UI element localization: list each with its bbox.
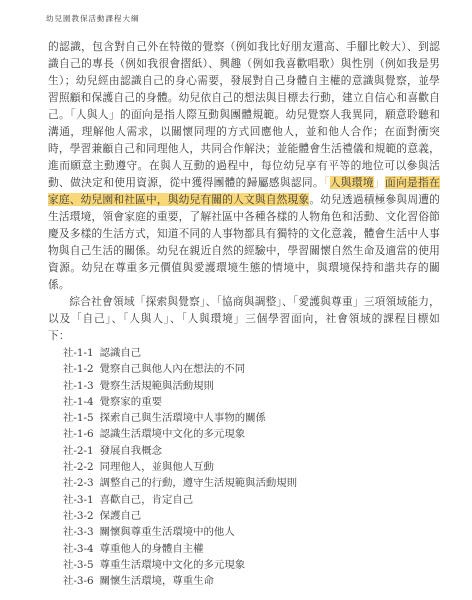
curriculum-goal-list: 社-1-1認識自己 社-1-2覺察自己與他人內在想法的不同 社-1-3覺察生活規… — [48, 345, 440, 589]
goal-text: 關懷生活環境，尊重生命 — [100, 575, 214, 587]
goal-code: 社-2-3 — [63, 477, 94, 489]
body-paragraph-1: 的認識，包含對自己外在特徵的覺察（例如我比好朋友還高、手腳比較大）、到認識自己的… — [48, 38, 440, 293]
goal-text: 同理他人，並與他人互動 — [100, 461, 214, 473]
goal-text: 尊重生活環境中文化的多元現象 — [100, 559, 245, 571]
goal-code: 社-1-5 — [63, 412, 94, 424]
list-item: 社-2-1發展自我概念 — [63, 443, 440, 459]
goal-text: 覺察家的重要 — [100, 396, 162, 408]
goal-code: 社-3-6 — [63, 575, 94, 587]
goal-code: 社-1-2 — [63, 363, 94, 375]
quote-bracket-open: 「 — [324, 176, 330, 189]
goal-text: 關懷與尊重生活環境中的他人 — [100, 526, 235, 538]
list-item: 社-1-5探索自己與生活環境中人事物的關係 — [63, 410, 440, 426]
list-item: 社-1-2覺察自己與他人內在想法的不同 — [63, 361, 440, 377]
list-item: 社-3-1喜歡自己，肯定自己 — [63, 492, 440, 508]
goal-code: 社-3-1 — [63, 494, 94, 506]
goal-text: 尊重他人的身體自主權 — [100, 543, 204, 555]
document-page: 幼兒園教保活動課程大綱 的認識，包含對自己外在特徵的覺察（例如我比好朋友還高、手… — [0, 0, 472, 600]
goal-text: 覺察自己與他人內在想法的不同 — [100, 363, 245, 375]
list-item: 社-1-6認識生活環境中文化的多元現象 — [63, 426, 440, 442]
list-item: 社-2-3調整自己的行動，遵守生活規範與活動規則 — [63, 475, 440, 491]
quote-bracket-close: 」 — [374, 176, 385, 189]
goal-text: 探索自己與生活環境中人事物的關係 — [100, 412, 266, 424]
goal-text: 發展自我概念 — [100, 445, 162, 457]
goal-code: 社-1-4 — [63, 396, 94, 408]
list-item: 社-3-5尊重生活環境中文化的多元現象 — [63, 557, 440, 573]
list-item: 社-3-6關懷生活環境，尊重生命 — [63, 573, 440, 589]
goal-text: 調整自己的行動，遵守生活規範與活動規則 — [100, 477, 297, 489]
goal-text: 覺察生活規範與活動規則 — [100, 380, 214, 392]
goal-code: 社-1-1 — [63, 347, 94, 359]
list-item: 社-1-1認識自己 — [63, 345, 440, 361]
goal-code: 社-1-6 — [63, 428, 94, 440]
goal-code: 社-2-2 — [63, 461, 94, 473]
goal-code: 社-3-3 — [63, 526, 94, 538]
body-paragraph-2: 綜合社會領域「探索與覺察」、「協商與調整」、「愛護與尊重」三項領域能力，以及「自… — [48, 293, 440, 344]
list-item: 社-3-2保護自己 — [63, 508, 440, 524]
highlighted-term: 人與環境 — [330, 176, 374, 189]
running-header: 幼兒園教保活動課程大綱 — [46, 13, 140, 24]
paragraph-text: 的認識，包含對自己外在特徵的覺察（例如我比好朋友還高、手腳比較大）、到認識自己的… — [48, 40, 440, 189]
goal-text: 喜歡自己，肯定自己 — [100, 494, 194, 506]
goal-code: 社-3-2 — [63, 510, 94, 522]
goal-code: 社-3-5 — [63, 559, 94, 571]
list-item: 社-1-4覺察家的重要 — [63, 394, 440, 410]
paragraph-text: 。幼兒透過積極參與周遭的生活環境，領會家庭的重要，了解社區中各種各樣的人物角色和… — [48, 193, 440, 291]
page-content: 的認識，包含對自己外在特徵的覺察（例如我比好朋友還高、手腳比較大）、到認識自己的… — [48, 38, 440, 589]
list-item: 社-1-3覺察生活規範與活動規則 — [63, 378, 440, 394]
goal-code: 社-1-3 — [63, 380, 94, 392]
list-item: 社-3-4尊重他人的身體自主權 — [63, 541, 440, 557]
goal-code: 社-3-4 — [63, 543, 94, 555]
goal-text: 認識自己 — [100, 347, 142, 359]
goal-text: 認識生活環境中文化的多元現象 — [100, 428, 245, 440]
list-item: 社-2-2同理他人，並與他人互動 — [63, 459, 440, 475]
goal-code: 社-2-1 — [63, 445, 94, 457]
goal-text: 保護自己 — [100, 510, 142, 522]
list-item: 社-3-3關懷與尊重生活環境中的他人 — [63, 524, 440, 540]
